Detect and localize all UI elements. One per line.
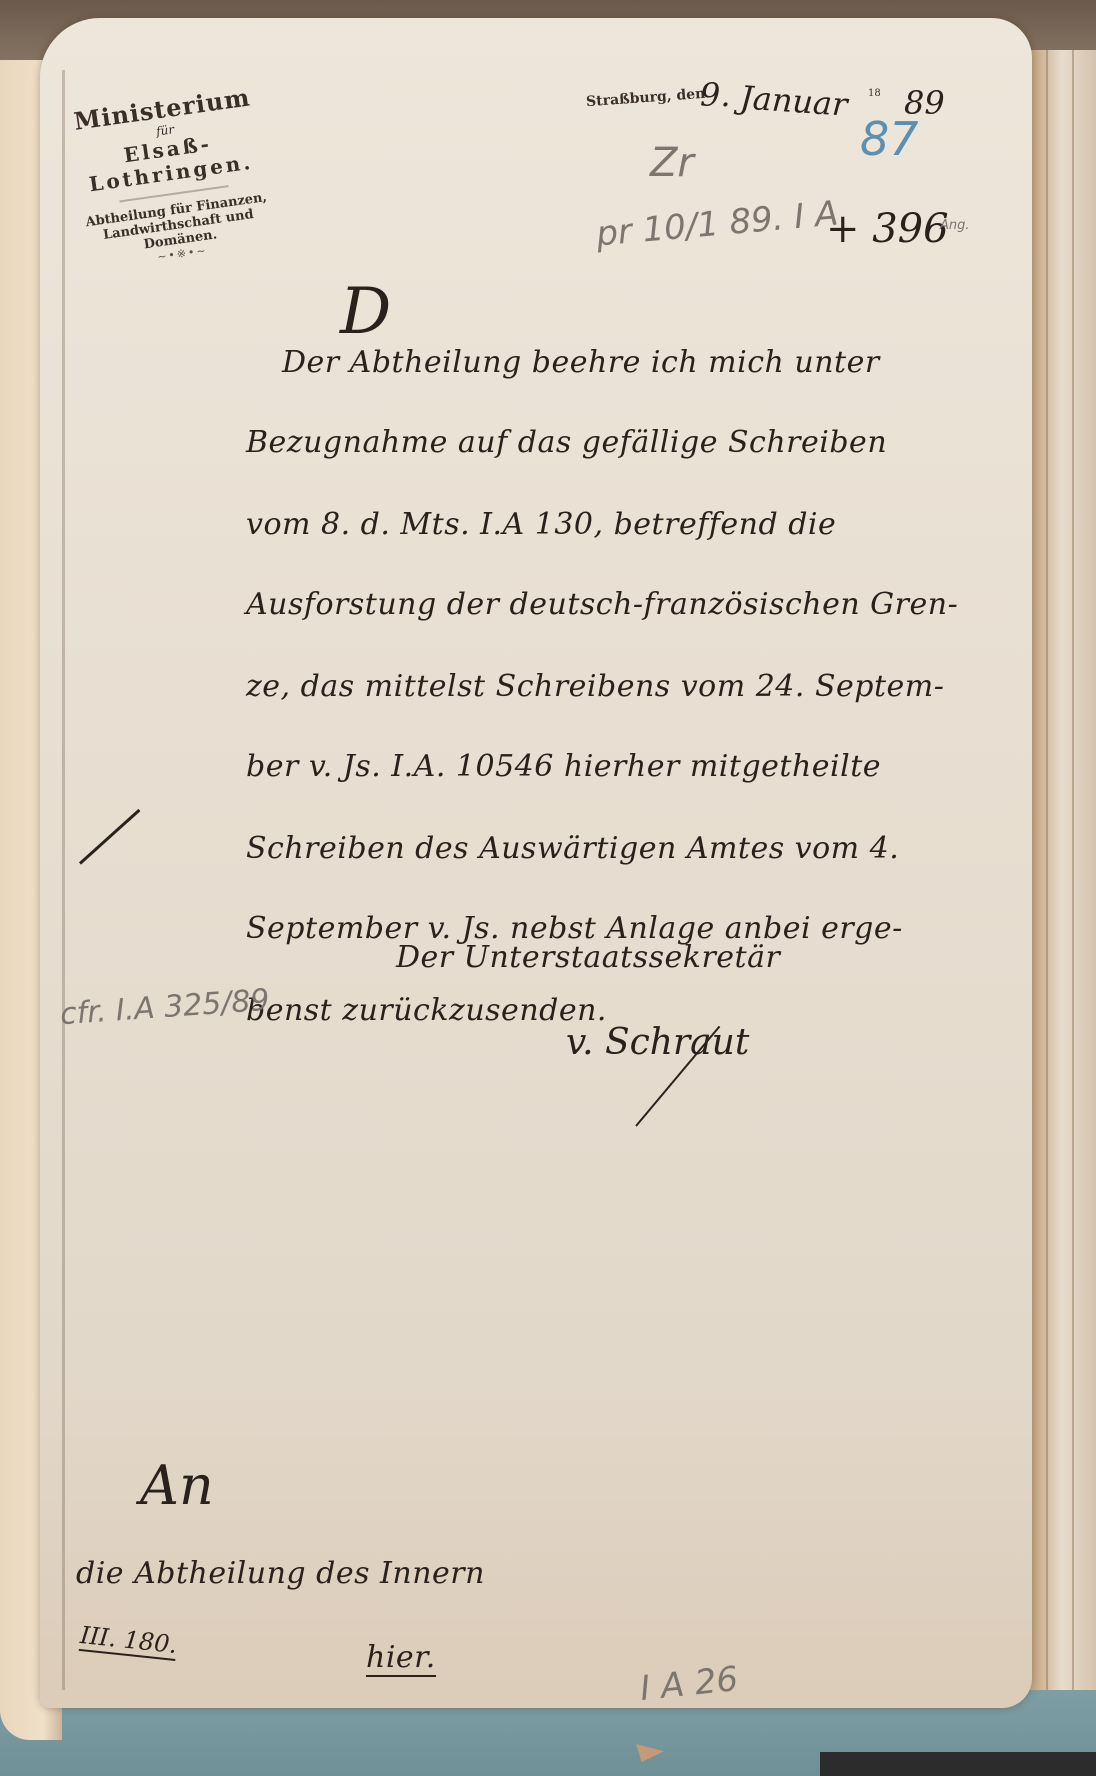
body-line: ber v. Js. I.A. 10546 hierher mitgetheil… bbox=[246, 749, 958, 831]
address-recipient: die Abtheilung des Innern bbox=[76, 1556, 485, 1591]
body-line: Schreiben des Auswärtigen Amtes vom 4. bbox=[246, 831, 958, 911]
blue-crayon-number: 87 bbox=[860, 112, 919, 166]
body-line: vom 8. d. Mts. I.A 130, betreffend die bbox=[246, 507, 958, 587]
body-line: Ausforstung der deutsch-französischen Gr… bbox=[246, 587, 958, 669]
address-location: hier. bbox=[366, 1640, 436, 1677]
signature: v. Schraut bbox=[566, 1022, 749, 1063]
plus-number: + 396 bbox=[826, 206, 949, 252]
background-dark-strip bbox=[820, 1752, 1096, 1776]
page-gutter bbox=[62, 70, 65, 1690]
closing-title: Der Unterstaatssekretär bbox=[396, 940, 780, 975]
page-edge-line bbox=[1046, 50, 1048, 1690]
body-line: Bezugnahme auf das gefällige Schreiben bbox=[246, 425, 958, 507]
pencil-initial: Zr bbox=[650, 140, 694, 186]
body-line: ze, das mittelst Schreibens vom 24. Sept… bbox=[246, 669, 958, 749]
body-line: Der Abtheilung beehre ich mich unter bbox=[282, 345, 958, 425]
salutation-initial: D bbox=[340, 275, 391, 349]
dateline-day: 9. bbox=[700, 76, 731, 114]
letterhead: Ministerium für Elsaß-Lothringen. Abthei… bbox=[66, 82, 277, 274]
page-edge-line bbox=[1072, 50, 1074, 1690]
dateline-year-printed: 18 bbox=[868, 88, 881, 99]
dateline-month: Januar bbox=[739, 78, 849, 123]
abbrev-note: Ang. bbox=[940, 218, 970, 233]
address-prefix: An bbox=[140, 1454, 214, 1517]
